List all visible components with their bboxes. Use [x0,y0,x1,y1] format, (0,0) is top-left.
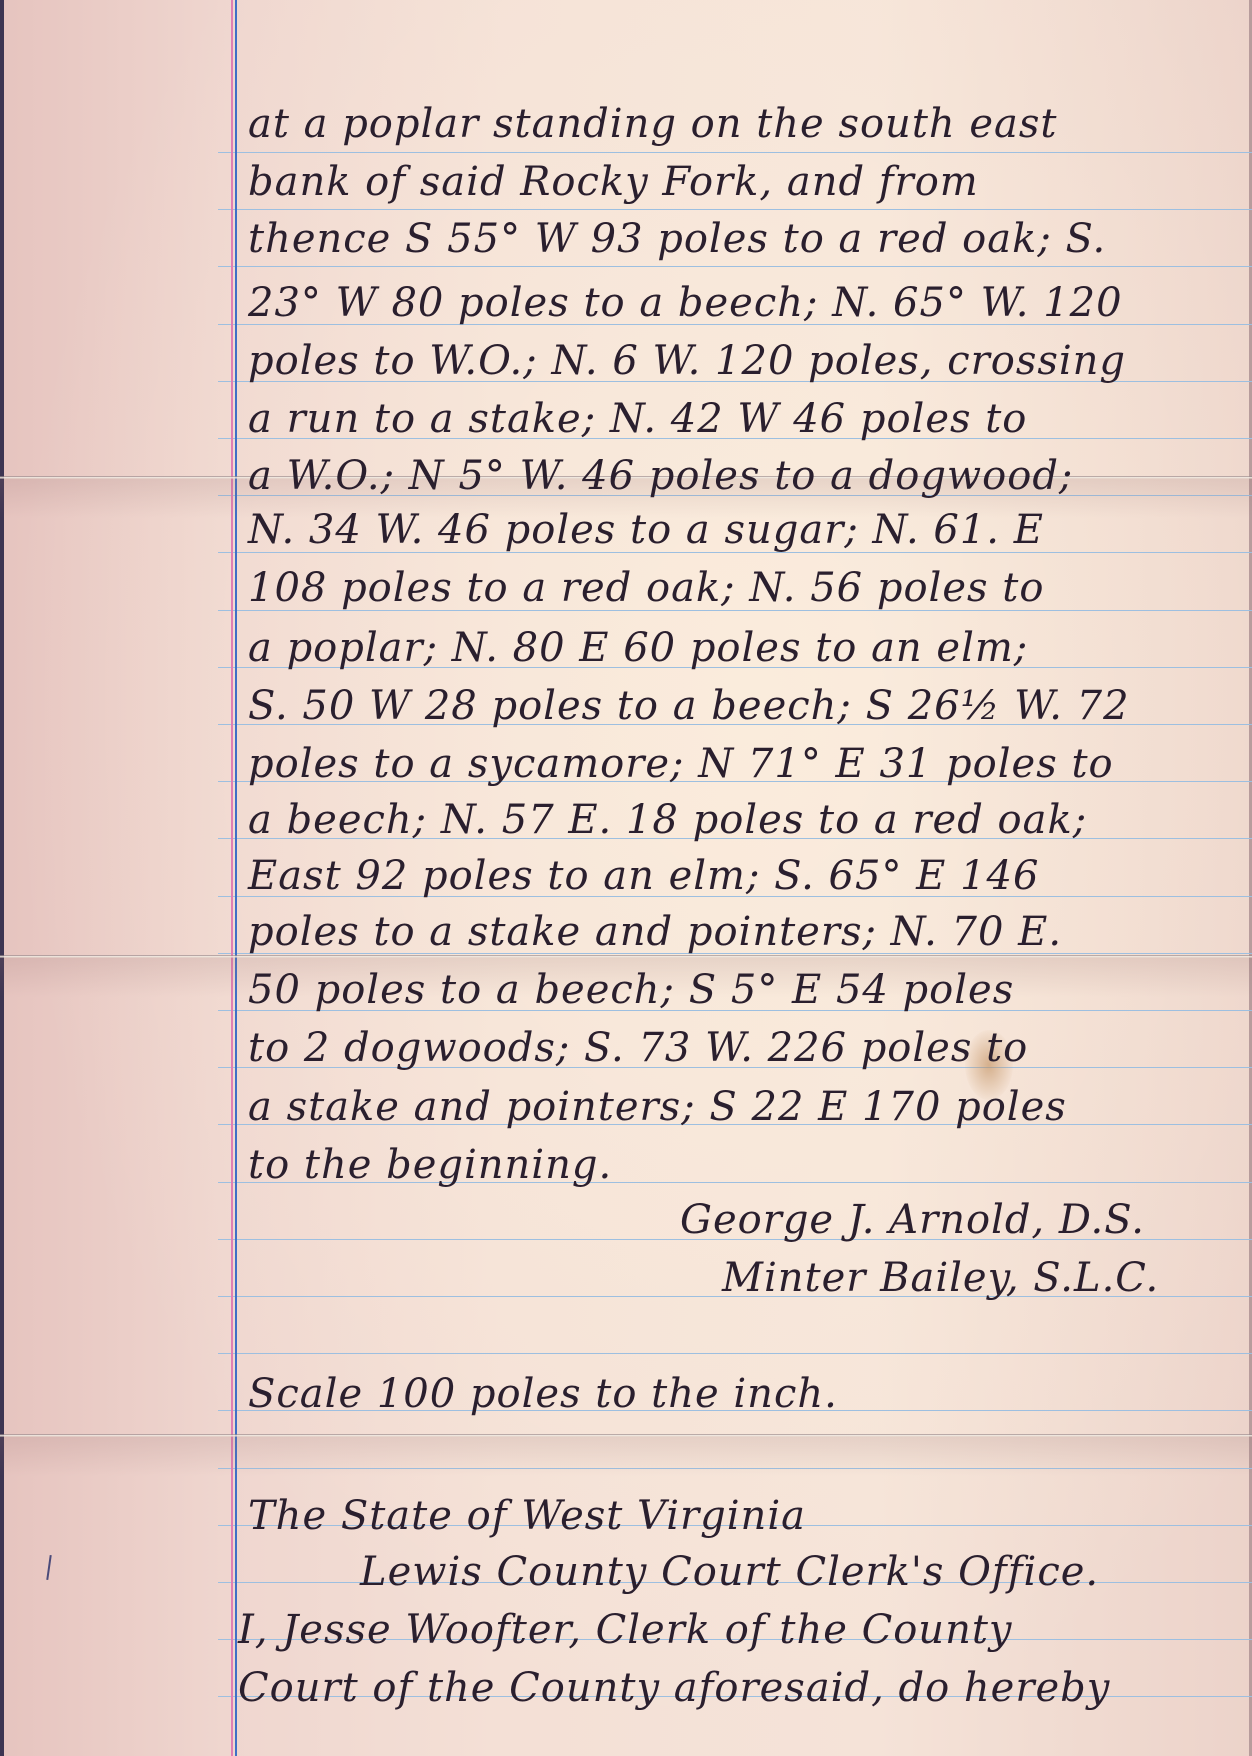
ruled-line [218,266,1252,267]
document-page: at a poplar standing on the south east b… [0,0,1252,1756]
survey-line: a run to a stake; N. 42 W 46 poles to [248,399,1027,439]
survey-line: poles to a sycamore; N 71° E 31 poles to [248,744,1114,784]
margin-pencil-mark [46,1555,51,1580]
survey-line: East 92 poles to an elm; S. 65° E 146 [248,856,1039,896]
signature-commissioner: Minter Bailey, S.L.C. [722,1258,1159,1298]
survey-line: to 2 dogwoods; S. 73 W. 226 poles to [248,1028,1028,1068]
survey-line: thence S 55° W 93 poles to a red oak; S. [248,219,1106,259]
margin-line-pink [231,0,233,1756]
survey-line: at a poplar standing on the south east [248,104,1057,144]
survey-line: a beech; N. 57 E. 18 poles to a red oak; [248,800,1087,840]
ruled-line [218,1353,1252,1354]
survey-line: a W.O.; N 5° W. 46 poles to a dogwood; [248,456,1073,496]
ruled-line [218,209,1252,210]
certificate-office: Lewis County Court Clerk's Office. [360,1552,1099,1592]
survey-line: poles to a stake and pointers; N. 70 E. [248,912,1062,952]
margin-line-blue [235,0,237,1756]
survey-line: a stake and pointers; S 22 E 170 poles [248,1087,1067,1127]
survey-line: to the beginning. [248,1145,612,1185]
paper-fold [0,1434,1252,1437]
survey-line: N. 34 W. 46 poles to a sugar; N. 61. E [248,510,1044,550]
survey-line: 23° W 80 poles to a beech; N. 65° W. 120 [248,283,1123,323]
page-left-edge [0,0,4,1756]
survey-line: S. 50 W 28 poles to a beech; S 26½ W. 72 [248,686,1130,726]
paper-fold [0,955,1252,958]
certificate-heading: The State of West Virginia [248,1496,806,1536]
certificate-line: Court of the County aforesaid, do hereby [238,1668,1110,1708]
survey-line: poles to W.O.; N. 6 W. 120 poles, crossi… [248,341,1126,381]
signature-surveyor: George J. Arnold, D.S. [680,1200,1145,1240]
survey-line: bank of said Rocky Fork, and from [248,162,979,202]
certificate-line: I, Jesse Woofter, Clerk of the County [238,1610,1013,1650]
fold-shadow [0,1436,1252,1476]
scale-note: Scale 100 poles to the inch. [248,1374,838,1414]
survey-line: 108 poles to a red oak; N. 56 poles to [248,568,1044,608]
survey-line: a poplar; N. 80 E 60 poles to an elm; [248,628,1028,668]
ruled-line [218,152,1252,153]
survey-line: 50 poles to a beech; S 5° E 54 poles [248,970,1014,1010]
